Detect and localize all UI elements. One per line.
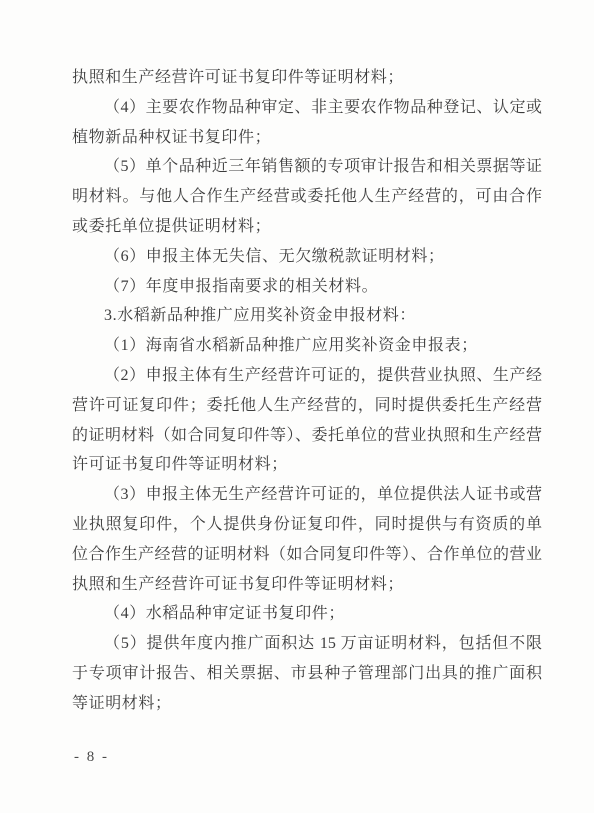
text-line: 或委托单位提供证明材料； xyxy=(72,212,542,242)
text-line: （3）申报主体无生产经营许可证的，单位提供法人证书或营 xyxy=(72,480,542,510)
text-line: 3.水稻新品种推广应用奖补资金申报材料： xyxy=(72,301,542,331)
text-line: 位合作生产经营的证明材料（如合同复印件等）、合作单位的营业 xyxy=(72,540,542,570)
text-line: 的证明材料（如合同复印件等）、委托单位的营业执照和生产经营 xyxy=(72,421,542,451)
text-line: 执照和生产经营许可证书复印件等证明材料； xyxy=(72,63,542,93)
text-line: （1）海南省水稻新品种推广应用奖补资金申报表； xyxy=(72,331,542,361)
text-line: 业执照复印件，个人提供身份证复印件，同时提供与有资质的单 xyxy=(72,510,542,540)
text-line: 明材料。与他人合作生产经营或委托他人生产经营的，可由合作 xyxy=(72,182,542,212)
text-line: 执照和生产经营许可证书复印件等证明材料； xyxy=(72,570,542,600)
text-line: 于专项审计报告、相关票据、市县种子管理部门出具的推广面积 xyxy=(72,659,542,689)
page-number: - 8 - xyxy=(74,745,109,769)
text-line: （2）申报主体有生产经营许可证的，提供营业执照、生产经 xyxy=(72,361,542,391)
document-body: 执照和生产经营许可证书复印件等证明材料； （4）主要农作物品种审定、非主要农作物… xyxy=(72,63,542,719)
text-line: 许可证书复印件等证明材料； xyxy=(72,450,542,480)
text-line: （6）申报主体无失信、无欠缴税款证明材料； xyxy=(72,242,542,272)
text-line: （5）单个品种近三年销售额的专项审计报告和相关票据等证 xyxy=(72,152,542,182)
text-line: （5）提供年度内推广面积达 15 万亩证明材料，包括但不限 xyxy=(72,629,542,659)
text-line: 等证明材料； xyxy=(72,689,542,719)
text-line: 植物新品种权证书复印件； xyxy=(72,123,542,153)
text-line: （4）水稻品种审定证书复印件； xyxy=(72,599,542,629)
text-line: （7）年度申报指南要求的相关材料。 xyxy=(72,272,542,302)
document-page: 执照和生产经营许可证书复印件等证明材料； （4）主要农作物品种审定、非主要农作物… xyxy=(0,0,594,813)
text-line: 营许可证复印件；委托他人生产经营的，同时提供委托生产经营 xyxy=(72,391,542,421)
text-line: （4）主要农作物品种审定、非主要农作物品种登记、认定或 xyxy=(72,93,542,123)
